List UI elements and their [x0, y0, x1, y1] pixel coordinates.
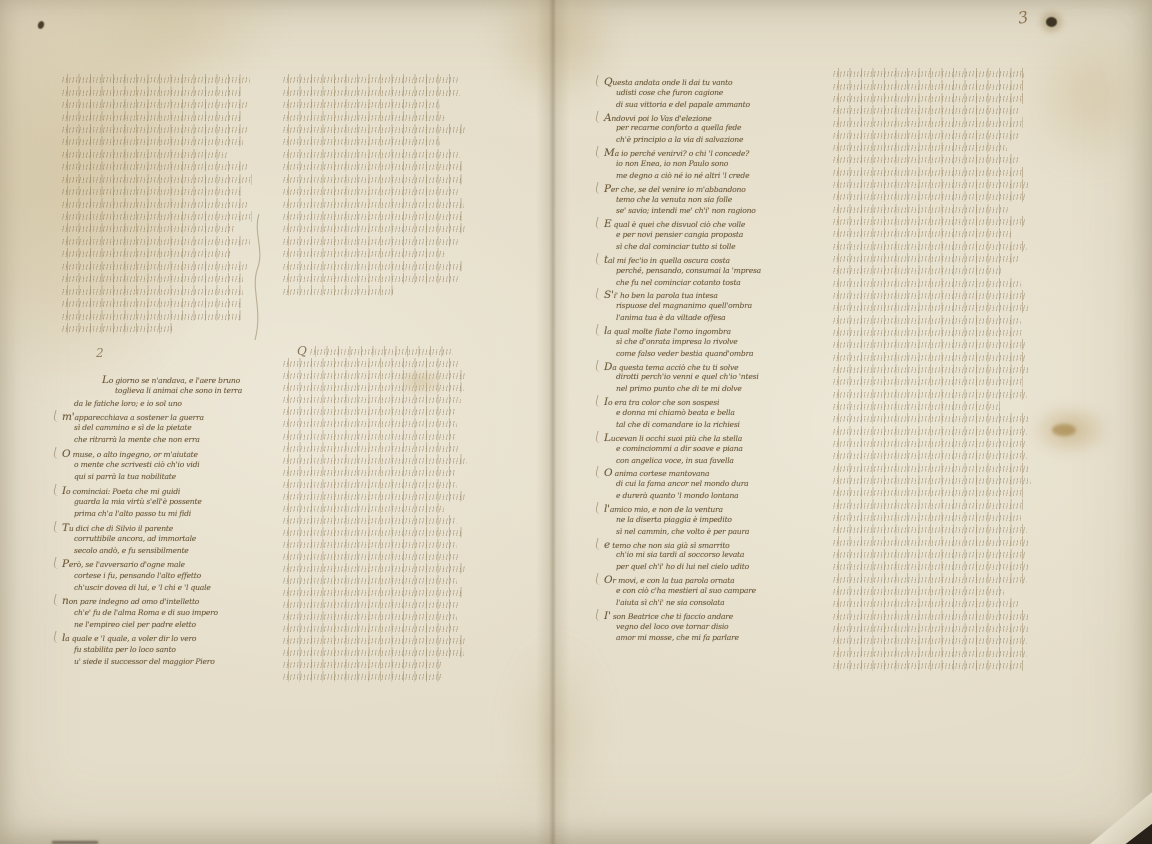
poem-line: fu stabilita per lo loco santo: [62, 645, 242, 657]
poem-line: corruttibile ancora, ad immortale: [62, 534, 242, 546]
script-line: [833, 610, 1031, 621]
poem-line-text: Io era tra color che son sospesi: [604, 396, 761, 408]
poem-line-text: e per novi pensier cangia proposta: [604, 230, 761, 239]
script-line: [283, 551, 467, 562]
poem-line-text: dirotti perch'io venni e quel ch'io 'nte…: [604, 372, 761, 381]
poem-line-text: Andovvi poi lo Vas d'elezione: [604, 112, 761, 124]
script-line: [283, 599, 467, 610]
poem-line: sì che dal cominciar tutto si tolle: [604, 242, 761, 254]
poem-line-text: ch'io mi sia tardi al soccorso levata: [604, 550, 761, 559]
poem-line: S'i' ho ben la parola tua intesa: [604, 289, 761, 301]
script-line: [833, 549, 1031, 560]
poem-line-text: ch'è principio a la via di salvazione: [604, 135, 761, 144]
script-line: [283, 236, 467, 247]
poem-line-text: I' son Beatrice che ti faccio andare: [604, 610, 761, 622]
poem-line: l'amico mio, e non de la ventura: [604, 503, 761, 515]
poem-line-text: non pare indegno ad omo d'intelletto: [62, 595, 242, 607]
script-line-texture: [310, 346, 467, 357]
poem-line: e durerà quanto 'l mondo lontana: [604, 491, 761, 503]
script-line: [62, 186, 252, 197]
poem-line-text: sì che dal cominciar tutto si tolle: [604, 242, 761, 251]
poem-line: Or movi, e con la tua parola ornata: [604, 574, 761, 586]
poem-line-text: ne l'empireo ciel per padre eletto: [62, 620, 242, 629]
poem-line: u' siede il successor del maggior Piero: [62, 657, 242, 669]
poem-line-text: per quel ch'i' ho di lui nel cielo udito: [604, 562, 761, 571]
script-line: [62, 111, 252, 122]
script-line: [833, 499, 1031, 510]
poem-line: secolo andò, e fu sensibilmente: [62, 546, 242, 558]
script-line: [62, 124, 252, 135]
poem-line: sì nel cammin, che volto è per paura: [604, 527, 761, 539]
script-line: [283, 671, 467, 682]
poem-line-text: e donna mi chiamò beata e bella: [604, 408, 761, 417]
script-line: [283, 261, 467, 272]
script-line: [833, 561, 1031, 572]
script-line: [283, 198, 467, 209]
poem-line: cortese i fu, pensando l'alto effetto: [62, 571, 242, 583]
poem-line-text: di sua vittoria e del papale ammanto: [604, 100, 761, 109]
poem-line-text: sì che d'onrata impresa lo rivolve: [604, 337, 761, 346]
script-line: [283, 74, 467, 85]
poem-line: sì che d'onrata impresa lo rivolve: [604, 337, 761, 349]
script-line: [833, 573, 1031, 584]
poem-line: rispuose del magnanimo quell'ombra: [604, 301, 761, 313]
poem-line: l'anima tua è da viltade offesa: [604, 313, 761, 325]
poem-line: e per novi pensier cangia proposta: [604, 230, 761, 242]
poem-line-text: nel primo punto che di te mi dolve: [604, 384, 761, 393]
script-line: [283, 563, 467, 574]
poem-line-text: ch'e' fu de l'alma Roma e di suo impero: [62, 608, 242, 617]
poem-line: la qual molte fiate l'omo ingombra: [604, 325, 761, 337]
poem-line: toglieva li animai che sono in terra: [62, 386, 242, 398]
script-line: [833, 315, 1031, 326]
script-line: [833, 339, 1031, 350]
script-line: [62, 310, 252, 321]
poem-line-text: E qual è quei che disvuol ciò che volle: [604, 218, 761, 230]
poem-line-text: qui si parrà la tua nobilitate: [62, 472, 242, 481]
script-line: [833, 216, 1031, 227]
script-line: [833, 278, 1031, 289]
poem-column-left: Lo giorno se n'andava, e l'aere brunotog…: [62, 374, 242, 669]
poem-line: tal mi fec'io in quella oscura costa: [604, 254, 761, 266]
poem-line-text: vegno del loco ove tornar disio: [604, 622, 761, 631]
poem-line-text: toglieva li animai che sono in terra: [62, 386, 242, 395]
script-line: [283, 575, 467, 586]
poem-line: e donna mi chiamò beata e bella: [604, 408, 761, 420]
poem-line-text: e durerà quanto 'l mondo lontana: [604, 491, 761, 500]
poem-line-text: O muse, o alto ingegno, or m'aiutate: [62, 448, 242, 460]
poem-line-text: O anima cortese mantovana: [604, 467, 761, 479]
script-line: [833, 80, 1031, 91]
script-line: [283, 515, 467, 526]
script-line: [283, 223, 467, 234]
script-line: [833, 475, 1031, 486]
script-line: [833, 623, 1031, 634]
script-line: [62, 99, 252, 110]
poem-line: temo che la venuta non sia folle: [604, 195, 761, 207]
script-line: [283, 111, 467, 122]
poem-line: qui si parrà la tua nobilitate: [62, 472, 242, 484]
poem-line-text: Lucevan li occhi suoi più che la stella: [604, 432, 761, 444]
script-line: [833, 635, 1031, 646]
poem-line: Lucevan li occhi suoi più che la stella: [604, 432, 761, 444]
poem-line: ch'è principio a la via di salvazione: [604, 135, 761, 147]
script-line: [833, 327, 1031, 338]
poem-line-text: sì del cammino e sì de la pietate: [62, 423, 242, 432]
poem-line-text: ne la diserta piaggia è impedito: [604, 515, 761, 524]
poem-line: I' son Beatrice che ti faccio andare: [604, 610, 761, 622]
left-commentary-top: [62, 74, 252, 335]
script-line: Q: [283, 346, 467, 357]
script-line: [833, 364, 1031, 375]
poem-line-text: Ma io perché venirvi? o chi 'l concede?: [604, 147, 761, 159]
poem-line-text: l'amico mio, e non de la ventura: [604, 503, 761, 515]
poem-line-text: secolo andò, e fu sensibilmente: [62, 546, 242, 555]
poem-line-text: Or movi, e con la tua parola ornata: [604, 574, 761, 586]
canto-number: 2: [96, 346, 104, 360]
script-line: [833, 290, 1031, 301]
poem-line: nel primo punto che di te mi dolve: [604, 384, 761, 396]
poem-line: e cominciommi a dir soave e piana: [604, 444, 761, 456]
script-line: [833, 265, 1031, 276]
script-line: [62, 223, 252, 234]
script-line: [833, 191, 1031, 202]
script-line: [283, 466, 467, 477]
script-line: [833, 241, 1031, 252]
poem-line: con angelica voce, in sua favella: [604, 456, 761, 468]
poem-line-text: o mente che scrivesti ciò ch'io vidi: [62, 460, 242, 469]
script-line: [62, 298, 252, 309]
poem-line-text: corruttibile ancora, ad immortale: [62, 534, 242, 543]
poem-line: me degno a ciò né io né altri 'l crede: [604, 171, 761, 183]
poem-line: l'aiuta sì ch'i' ne sia consolata: [604, 598, 761, 610]
poem-line: Tu dici che di Silvio il parente: [62, 522, 242, 534]
poem-line-text: Io cominciai: Poeta che mi guidi: [62, 485, 242, 497]
script-line: [833, 376, 1031, 387]
poem-line-text: cortese i fu, pensando l'alto effetto: [62, 571, 242, 580]
poem-column-right: Questa andata onde li dai tu vantoudisti…: [604, 76, 761, 645]
script-line: [833, 253, 1031, 264]
script-line: [833, 154, 1031, 165]
script-line: [283, 454, 467, 465]
script-line: [62, 86, 252, 97]
script-line: [833, 179, 1031, 190]
script-line: [283, 174, 467, 185]
poem-line: Io era tra color che son sospesi: [604, 396, 761, 408]
script-line: [62, 198, 252, 209]
script-line: [283, 358, 467, 369]
script-line: [833, 93, 1031, 104]
poem-line-text: Per che, se del venire io m'abbandono: [604, 183, 761, 195]
script-line: [833, 228, 1031, 239]
poem-line-text: Però, se l'avversario d'ogne male: [62, 558, 242, 570]
poem-line: amor mi mosse, che mi fa parlare: [604, 633, 761, 645]
script-line: [62, 149, 252, 160]
script-line: [283, 647, 467, 658]
script-line: [833, 130, 1031, 141]
script-line: [833, 401, 1031, 412]
script-line: [283, 479, 467, 490]
poem-line-text: da le fatiche loro; e io sol uno: [62, 399, 242, 408]
script-line: [62, 211, 252, 222]
script-line: [283, 124, 467, 135]
poem-line-text: m'apparecchiava a sostener la guerra: [62, 411, 242, 423]
script-line: [283, 382, 467, 393]
poem-line-text: tal che di comandare io la richiesi: [604, 420, 761, 429]
poem-line-text: la quale e 'l quale, a voler dir lo vero: [62, 632, 242, 644]
script-line: [833, 426, 1031, 437]
poem-line-text: che ritrarrà la mente che non erra: [62, 435, 242, 444]
poem-line-text: se' savio; intendi me' ch'i' non ragiono: [604, 206, 761, 215]
script-line: [283, 587, 467, 598]
poem-line: e temo che non sia già sì smarrito: [604, 539, 761, 551]
script-line: [833, 586, 1031, 597]
poem-line-text: me degno a ciò né io né altri 'l crede: [604, 171, 761, 180]
script-line: [283, 273, 467, 284]
poem-line: non pare indegno ad omo d'intelletto: [62, 595, 242, 607]
script-line: [833, 413, 1031, 424]
script-line: [833, 438, 1031, 449]
script-line: [62, 285, 252, 296]
poem-line-text: e temo che non sia già sì smarrito: [604, 539, 761, 551]
poem-line: Andovvi poi lo Vas d'elezione: [604, 112, 761, 124]
poem-line: ch'e' fu de l'alma Roma e di suo impero: [62, 608, 242, 620]
script-line: [62, 248, 252, 259]
script-line: [283, 442, 467, 453]
ink-blot: [1046, 17, 1057, 27]
poem-line: ch'uscir dovea di lui, e 'l chi e 'l qua…: [62, 583, 242, 595]
poem-line: che fu nel cominciar cotanto tosta: [604, 278, 761, 290]
poem-line-text: u' siede il successor del maggior Piero: [62, 657, 242, 666]
poem-line: Questa andata onde li dai tu vanto: [604, 76, 761, 88]
poem-line: Io cominciai: Poeta che mi guidi: [62, 485, 242, 497]
script-line: [833, 598, 1031, 609]
script-line: [283, 491, 467, 502]
script-line: [62, 136, 252, 147]
poem-line: per quel ch'i' ho di lui nel cielo udito: [604, 562, 761, 574]
script-line: [283, 99, 467, 110]
script-line: [283, 186, 467, 197]
poem-line: guarda la mia virtù s'ell'è possente: [62, 497, 242, 509]
poem-line-text: tal mi fec'io in quella oscura costa: [604, 254, 761, 266]
poem-line-text: di cui la fama ancor nel mondo dura: [604, 479, 761, 488]
script-line: [283, 285, 467, 296]
poem-line-text: prima ch'a l'alto passo tu mi fidi: [62, 509, 242, 518]
poem-line-text: io non Enea, io non Paulo sono: [604, 159, 761, 168]
script-line: [833, 68, 1031, 79]
poem-line: da le fatiche loro; e io sol uno: [62, 399, 242, 411]
poem-line-text: ch'uscir dovea di lui, e 'l chi e 'l qua…: [62, 583, 242, 592]
poem-line-text: udisti cose che furon cagione: [604, 88, 761, 97]
script-line: [283, 149, 467, 160]
script-line: [833, 512, 1031, 523]
poem-line-text: che fu nel cominciar cotanto tosta: [604, 278, 761, 287]
poem-line: E qual è quei che disvuol ciò che volle: [604, 218, 761, 230]
script-line: [283, 539, 467, 550]
script-line: [833, 536, 1031, 547]
script-line: [283, 659, 467, 670]
poem-line: O muse, o alto ingegno, or m'aiutate: [62, 448, 242, 460]
poem-line-text: temo che la venuta non sia folle: [604, 195, 761, 204]
poem-line: Però, se l'avversario d'ogne male: [62, 558, 242, 570]
script-line: [833, 524, 1031, 535]
script-line: [833, 450, 1031, 461]
script-line: [62, 261, 252, 272]
script-line: [833, 117, 1031, 128]
left-commentary-upper-right: [283, 74, 467, 298]
script-line: [283, 211, 467, 222]
poem-line: per recarne conforto a quella fede: [604, 123, 761, 135]
poem-line-text: guarda la mia virtù s'ell'è possente: [62, 497, 242, 506]
poem-line-text: per recarne conforto a quella fede: [604, 123, 761, 132]
script-line: [283, 635, 467, 646]
script-line: [833, 487, 1031, 498]
poem-line: ne la diserta piaggia è impedito: [604, 515, 761, 527]
poem-line: o mente che scrivesti ciò ch'io vidi: [62, 460, 242, 472]
script-line: [283, 406, 467, 417]
script-line: [833, 660, 1031, 671]
script-line: [62, 174, 252, 185]
poem-line-text: Da questa tema acciò che tu ti solve: [604, 361, 761, 373]
script-line: [833, 389, 1031, 400]
poem-line: vegno del loco ove tornar disio: [604, 622, 761, 634]
poem-line-text: fu stabilita per lo loco santo: [62, 645, 242, 654]
poem-line: m'apparecchiava a sostener la guerra: [62, 411, 242, 423]
script-line: [283, 503, 467, 514]
poem-line: dirotti perch'io venni e quel ch'io 'nte…: [604, 372, 761, 384]
poem-line: se' savio; intendi me' ch'i' non ragiono: [604, 206, 761, 218]
poem-line: come falso veder bestia quand'ombra: [604, 349, 761, 361]
poem-line-text: sì nel cammin, che volto è per paura: [604, 527, 761, 536]
script-line: [833, 352, 1031, 363]
poem-line-text: la qual molte fiate l'omo ingombra: [604, 325, 761, 337]
poem-line: di cui la fama ancor nel mondo dura: [604, 479, 761, 491]
poem-line: Per che, se del venire io m'abbandono: [604, 183, 761, 195]
poem-line-text: amor mi mosse, che mi fa parlare: [604, 633, 761, 642]
poem-line: Ma io perché venirvi? o chi 'l concede?: [604, 147, 761, 159]
script-line: [283, 86, 467, 97]
script-line: [62, 161, 252, 172]
script-line: [283, 370, 467, 381]
poem-line: ch'io mi sia tardi al soccorso levata: [604, 550, 761, 562]
poem-line: udisti cose che furon cagione: [604, 88, 761, 100]
poem-line: tal che di comandare io la richiesi: [604, 420, 761, 432]
poem-line-text: con angelica voce, in sua favella: [604, 456, 761, 465]
script-line: [833, 463, 1031, 474]
script-line: [833, 105, 1031, 116]
script-line: [833, 302, 1031, 313]
script-line: [283, 527, 467, 538]
poem-line: O anima cortese mantovana: [604, 467, 761, 479]
script-line: [62, 273, 252, 284]
poem-line: perché, pensando, consumai la 'mpresa: [604, 266, 761, 278]
poem-line-text: l'aiuta sì ch'i' ne sia consolata: [604, 598, 761, 607]
script-line: [283, 623, 467, 634]
poem-line-text: e con ciò c'ha mestieri al suo campare: [604, 586, 761, 595]
poem-line: la quale e 'l quale, a voler dir lo vero: [62, 632, 242, 644]
poem-line: io non Enea, io non Paulo sono: [604, 159, 761, 171]
poem-line-text: come falso veder bestia quand'ombra: [604, 349, 761, 358]
script-line: [283, 248, 467, 259]
poem-line-text: perché, pensando, consumai la 'mpresa: [604, 266, 761, 275]
poem-line: di sua vittoria e del papale ammanto: [604, 100, 761, 112]
script-line: [62, 74, 252, 85]
script-line: [283, 136, 467, 147]
script-line: [62, 236, 252, 247]
poem-line-text: l'anima tua è da viltade offesa: [604, 313, 761, 322]
script-line: [833, 142, 1031, 153]
poem-line-text: Tu dici che di Silvio il parente: [62, 522, 242, 534]
poem-line-text: Questa andata onde li dai tu vanto: [604, 76, 761, 88]
script-line: [833, 647, 1031, 658]
script-line: [62, 323, 252, 334]
commentary-initial: Q: [297, 346, 307, 357]
script-line: [283, 161, 467, 172]
poem-line: prima ch'a l'alto passo tu mi fidi: [62, 509, 242, 521]
script-line: [283, 418, 467, 429]
poem-line-text: rispuose del magnanimo quell'ombra: [604, 301, 761, 310]
right-commentary: [833, 68, 1031, 672]
poem-line: Da questa tema acciò che tu ti solve: [604, 361, 761, 373]
poem-line: Lo giorno se n'andava, e l'aere bruno: [62, 374, 242, 386]
poem-line-text: Lo giorno se n'andava, e l'aere bruno: [62, 374, 242, 386]
poem-line: sì del cammino e sì de la pietate: [62, 423, 242, 435]
script-line: [833, 204, 1031, 215]
margin-flourish-icon: [250, 212, 268, 342]
poem-line: e con ciò c'ha mestieri al suo campare: [604, 586, 761, 598]
script-line: [833, 167, 1031, 178]
manuscript-spread: 2 Lo giorno se n'andava, e l'aere brunot…: [0, 0, 1152, 844]
script-line: [283, 430, 467, 441]
poem-line-text: S'i' ho ben la parola tua intesa: [604, 289, 761, 301]
left-commentary-lower-right: Q: [283, 346, 467, 683]
script-line: [283, 394, 467, 405]
poem-line: che ritrarrà la mente che non erra: [62, 435, 242, 447]
script-line: [283, 611, 467, 622]
poem-line-text: e cominciommi a dir soave e piana: [604, 444, 761, 453]
poem-line: ne l'empireo ciel per padre eletto: [62, 620, 242, 632]
